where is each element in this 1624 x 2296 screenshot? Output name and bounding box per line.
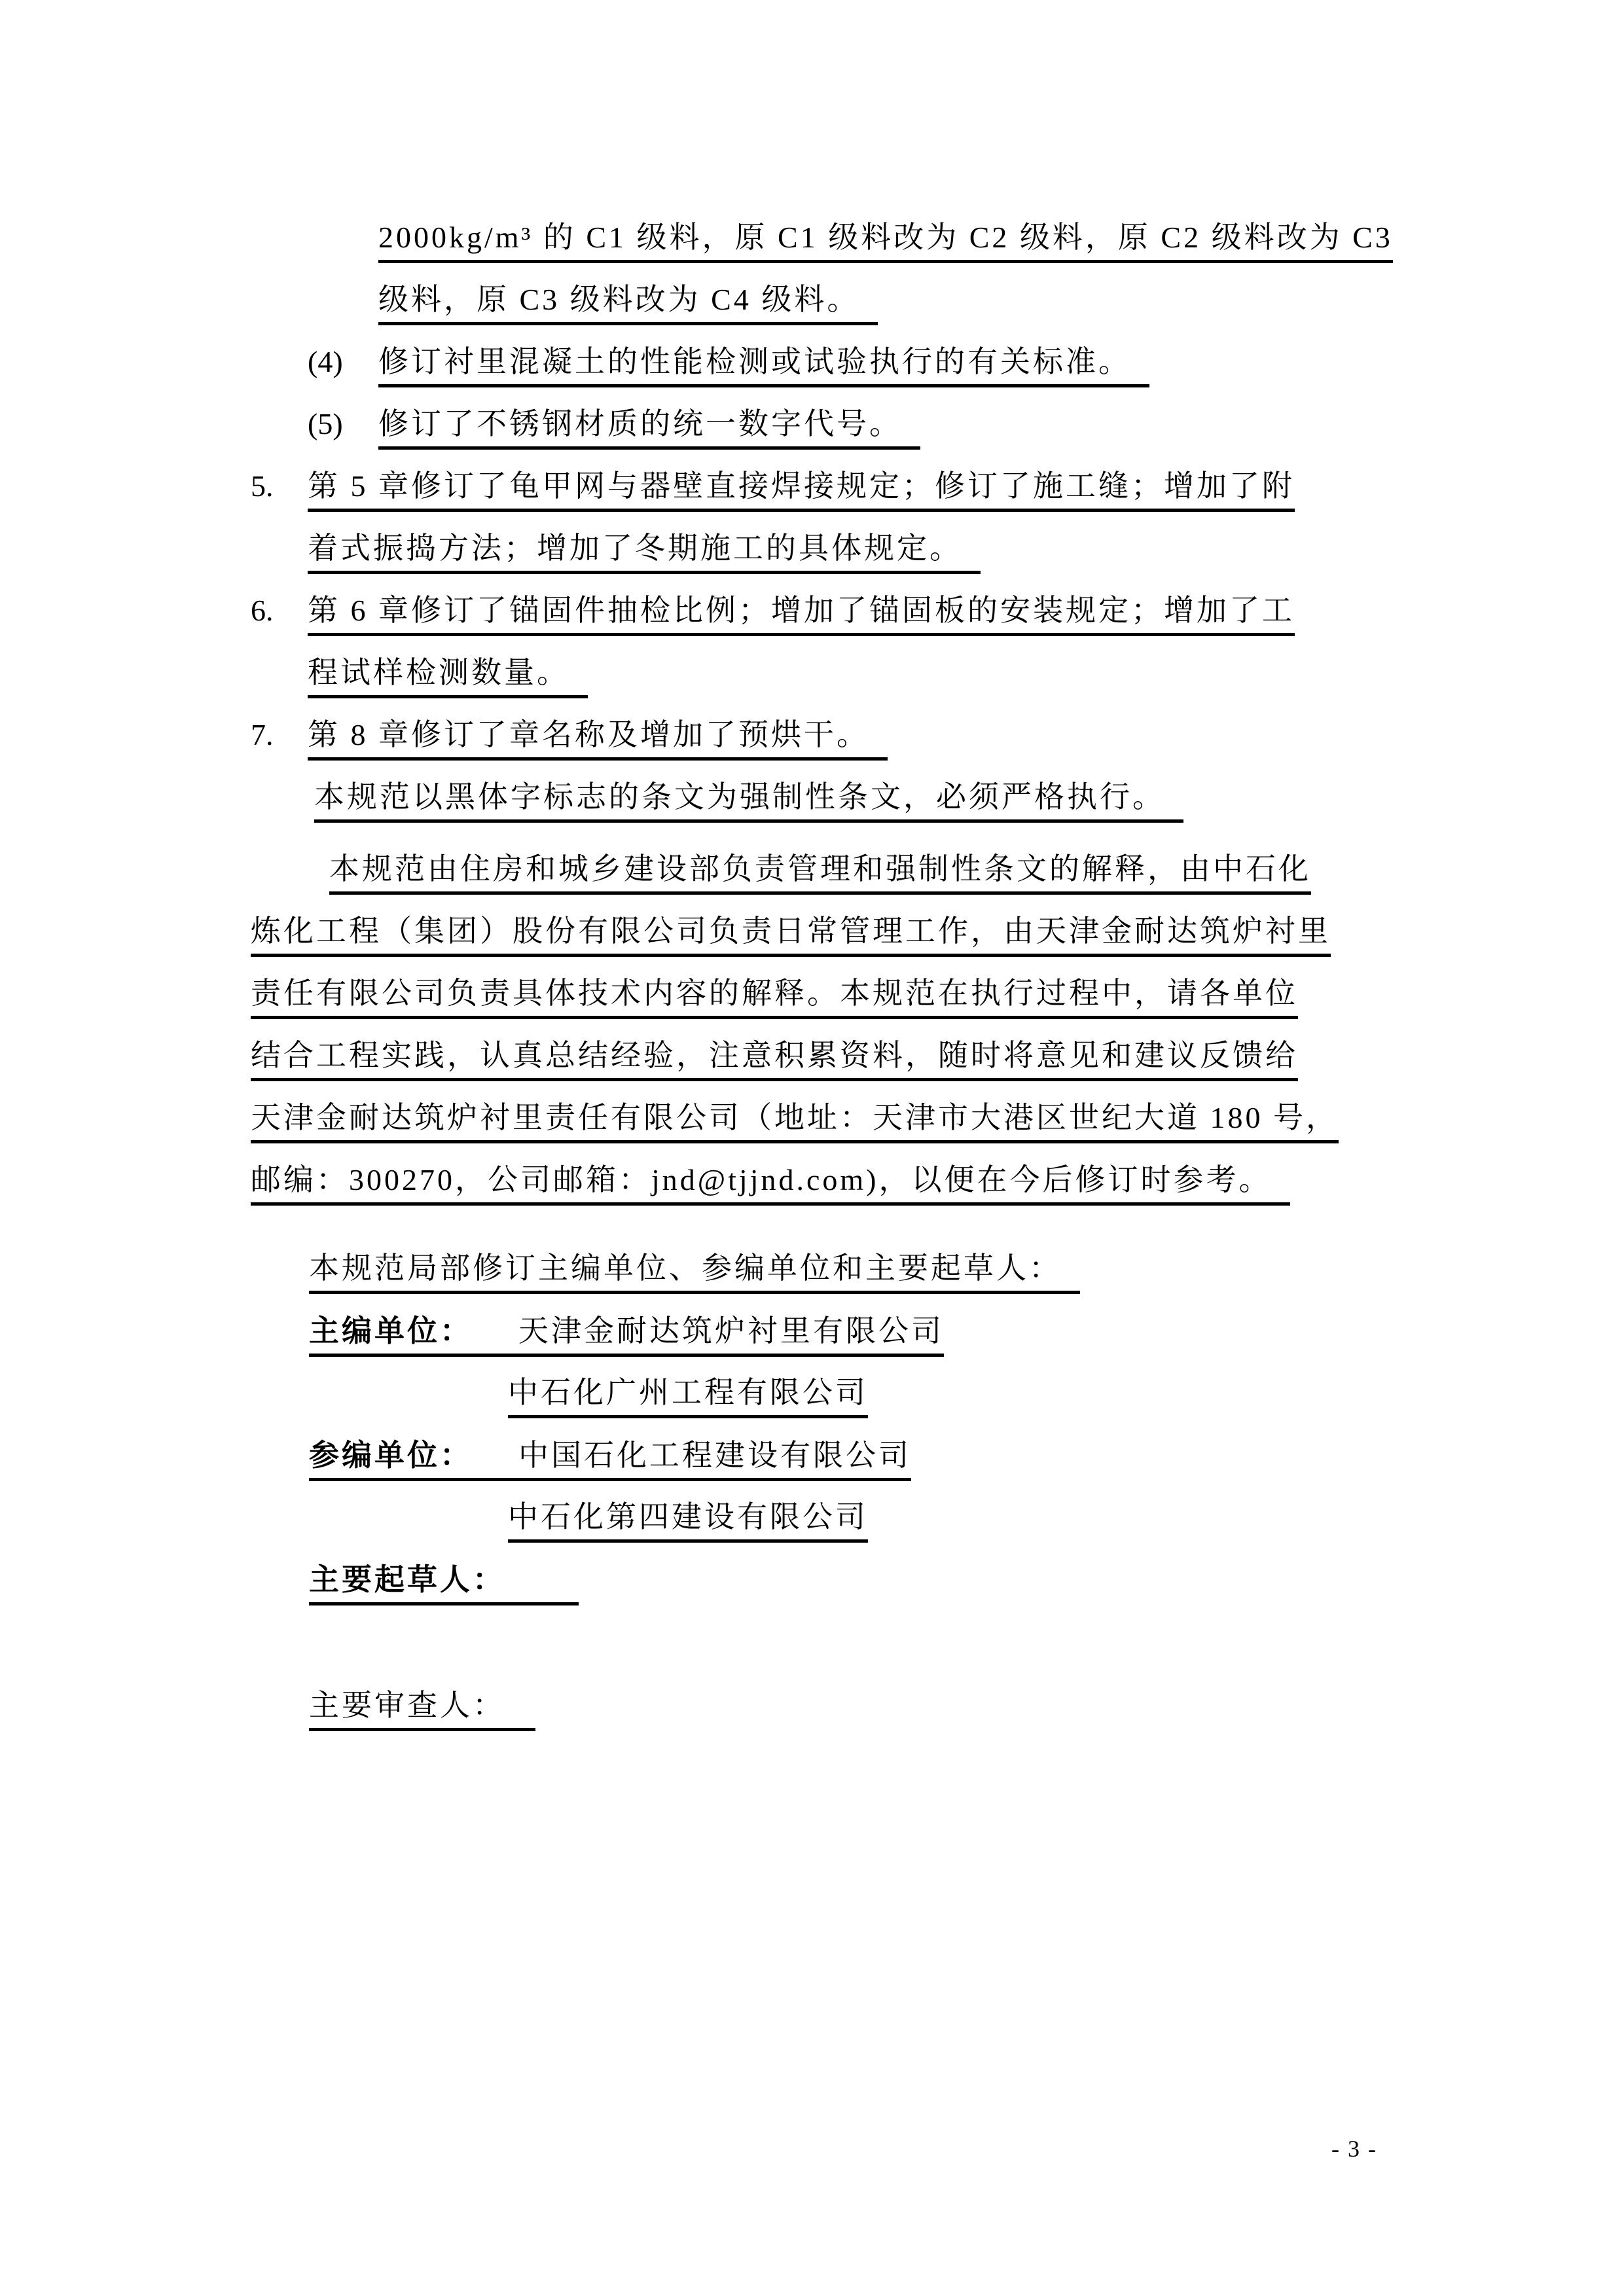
list-item-7-line1: 7.第 8 章修订了章名称及增加了预烘干。 xyxy=(251,718,888,753)
credits-heading: 本规范局部修订主编单位、参编单位和主要起草人： xyxy=(309,1251,1080,1286)
list-item-6-line2: 程试样检测数量。 xyxy=(308,656,588,691)
list-item-7-marker: 7. xyxy=(251,718,308,753)
mandatory-note: 本规范以黑体字标志的条文为强制性条文，必须严格执行。 xyxy=(314,780,1183,815)
chief-editor-unit-2: 中石化广州工程有限公司 xyxy=(508,1376,868,1418)
participating-unit-2: 中石化第四建设有限公司 xyxy=(508,1500,868,1543)
chief-editor-unit-2-row: 中石化广州工程有限公司 xyxy=(508,1376,868,1410)
list-item-5-line2: 着式振捣方法；增加了冬期施工的具体规定。 xyxy=(308,531,981,566)
drafters-label: 主要起草人： xyxy=(309,1562,579,1605)
chief-editor-label: 主编单位： xyxy=(309,1314,473,1348)
underlined-text: 炼化工程（集团）股份有限公司负责日常管理工作，由天津金耐达筑炉衬里 xyxy=(251,914,1331,957)
underlined-text: 邮编：300270，公司邮箱：jnd@tjjnd.com)，以便在今后修订时参考… xyxy=(251,1163,1290,1206)
underlined-text: 天津金耐达筑炉衬里责任有限公司（地址：天津市大港区世纪大道 180 号， xyxy=(251,1101,1339,1143)
mandatory-note-text: 本规范以黑体字标志的条文为强制性条文，必须严格执行。 xyxy=(314,780,1183,823)
sub-item-4: (4)修订衬里混凝土的性能检测或试验执行的有关标准。 xyxy=(308,345,1149,380)
list-item-6-text2: 程试样检测数量。 xyxy=(308,656,588,698)
participating-unit-row: 参编单位：中国石化工程建设有限公司 xyxy=(309,1438,911,1473)
management-para-line4: 结合工程实践，认真总结经验，注意积累资料，随时将意见和建议反馈给 xyxy=(251,1039,1298,1073)
management-para-line6: 邮编：300270，公司邮箱：jnd@tjjnd.com)，以便在今后修订时参考… xyxy=(251,1163,1290,1198)
item3-continuation-line2: 级料，原 C3 级料改为 C4 级料。 xyxy=(378,283,878,317)
document-page: 2000kg/m³ 的 C1 级料，原 C1 级料改为 C2 级料，原 C2 级… xyxy=(0,0,1624,2296)
underlined-text: 主编单位：天津金耐达筑炉衬里有限公司 xyxy=(309,1314,944,1357)
reviewers-label: 主要审查人： xyxy=(309,1689,535,1731)
management-para-line1: 本规范由住房和城乡建设部负责管理和强制性条文的解释，由中石化 xyxy=(329,852,1311,887)
item3-continuation-line1: 2000kg/m³ 的 C1 级料，原 C1 级料改为 C2 级料，原 C2 级… xyxy=(378,221,1393,255)
list-item-6-text1: 第 6 章修订了锚固件抽检比例；增加了锚固板的安装规定；增加了工 xyxy=(308,594,1295,636)
list-item-6-line1: 6.第 6 章修订了锚固件抽检比例；增加了锚固板的安装规定；增加了工 xyxy=(251,594,1295,628)
sub-item-5-marker: (5) xyxy=(308,407,378,442)
reviewers-row: 主要审查人： xyxy=(309,1689,535,1723)
sub-item-4-text: 修订衬里混凝土的性能检测或试验执行的有关标准。 xyxy=(378,345,1149,387)
list-item-5-text1: 第 5 章修订了龟甲网与器壁直接焊接规定；修订了施工缝；增加了附 xyxy=(308,469,1295,512)
participating-label: 参编单位： xyxy=(309,1438,473,1472)
underlined-text: 级料，原 C3 级料改为 C4 级料。 xyxy=(378,283,878,325)
list-item-5-marker: 5. xyxy=(251,469,308,504)
sub-item-5-text: 修订了不锈钢材质的统一数字代号。 xyxy=(378,407,920,450)
underlined-text: 结合工程实践，认真总结经验，注意积累资料，随时将意见和建议反馈给 xyxy=(251,1039,1298,1081)
underlined-text: 本规范由住房和城乡建设部负责管理和强制性条文的解释，由中石化 xyxy=(329,852,1311,895)
list-item-6-marker: 6. xyxy=(251,594,308,628)
list-item-7-text1: 第 8 章修订了章名称及增加了预烘干。 xyxy=(308,718,888,761)
list-item-5-line1: 5.第 5 章修订了龟甲网与器壁直接焊接规定；修订了施工缝；增加了附 xyxy=(251,469,1295,504)
underlined-text: 责任有限公司负责具体技术内容的解释。本规范在执行过程中，请各单位 xyxy=(251,977,1298,1019)
page-number: - 3 - xyxy=(1331,2135,1377,2162)
list-item-5-text2: 着式振捣方法；增加了冬期施工的具体规定。 xyxy=(308,531,981,574)
credits-heading-text: 本规范局部修订主编单位、参编单位和主要起草人： xyxy=(309,1251,1080,1294)
underlined-text: 参编单位：中国石化工程建设有限公司 xyxy=(309,1439,911,1481)
chief-editor-unit-1: 天津金耐达筑炉衬里有限公司 xyxy=(518,1314,944,1348)
sub-item-5: (5)修订了不锈钢材质的统一数字代号。 xyxy=(308,407,920,442)
management-para-line2: 炼化工程（集团）股份有限公司负责日常管理工作，由天津金耐达筑炉衬里 xyxy=(251,914,1331,949)
management-para-line5: 天津金耐达筑炉衬里责任有限公司（地址：天津市大港区世纪大道 180 号， xyxy=(251,1101,1339,1136)
management-para-line3: 责任有限公司负责具体技术内容的解释。本规范在执行过程中，请各单位 xyxy=(251,977,1298,1011)
underlined-text: 2000kg/m³ 的 C1 级料，原 C1 级料改为 C2 级料，原 C2 级… xyxy=(378,221,1393,263)
participating-unit-1: 中国石化工程建设有限公司 xyxy=(518,1439,911,1472)
chief-editor-row: 主编单位：天津金耐达筑炉衬里有限公司 xyxy=(309,1314,944,1349)
participating-unit-2-row: 中石化第四建设有限公司 xyxy=(508,1500,868,1535)
drafters-row: 主要起草人： xyxy=(309,1562,579,1598)
sub-item-4-marker: (4) xyxy=(308,345,378,380)
